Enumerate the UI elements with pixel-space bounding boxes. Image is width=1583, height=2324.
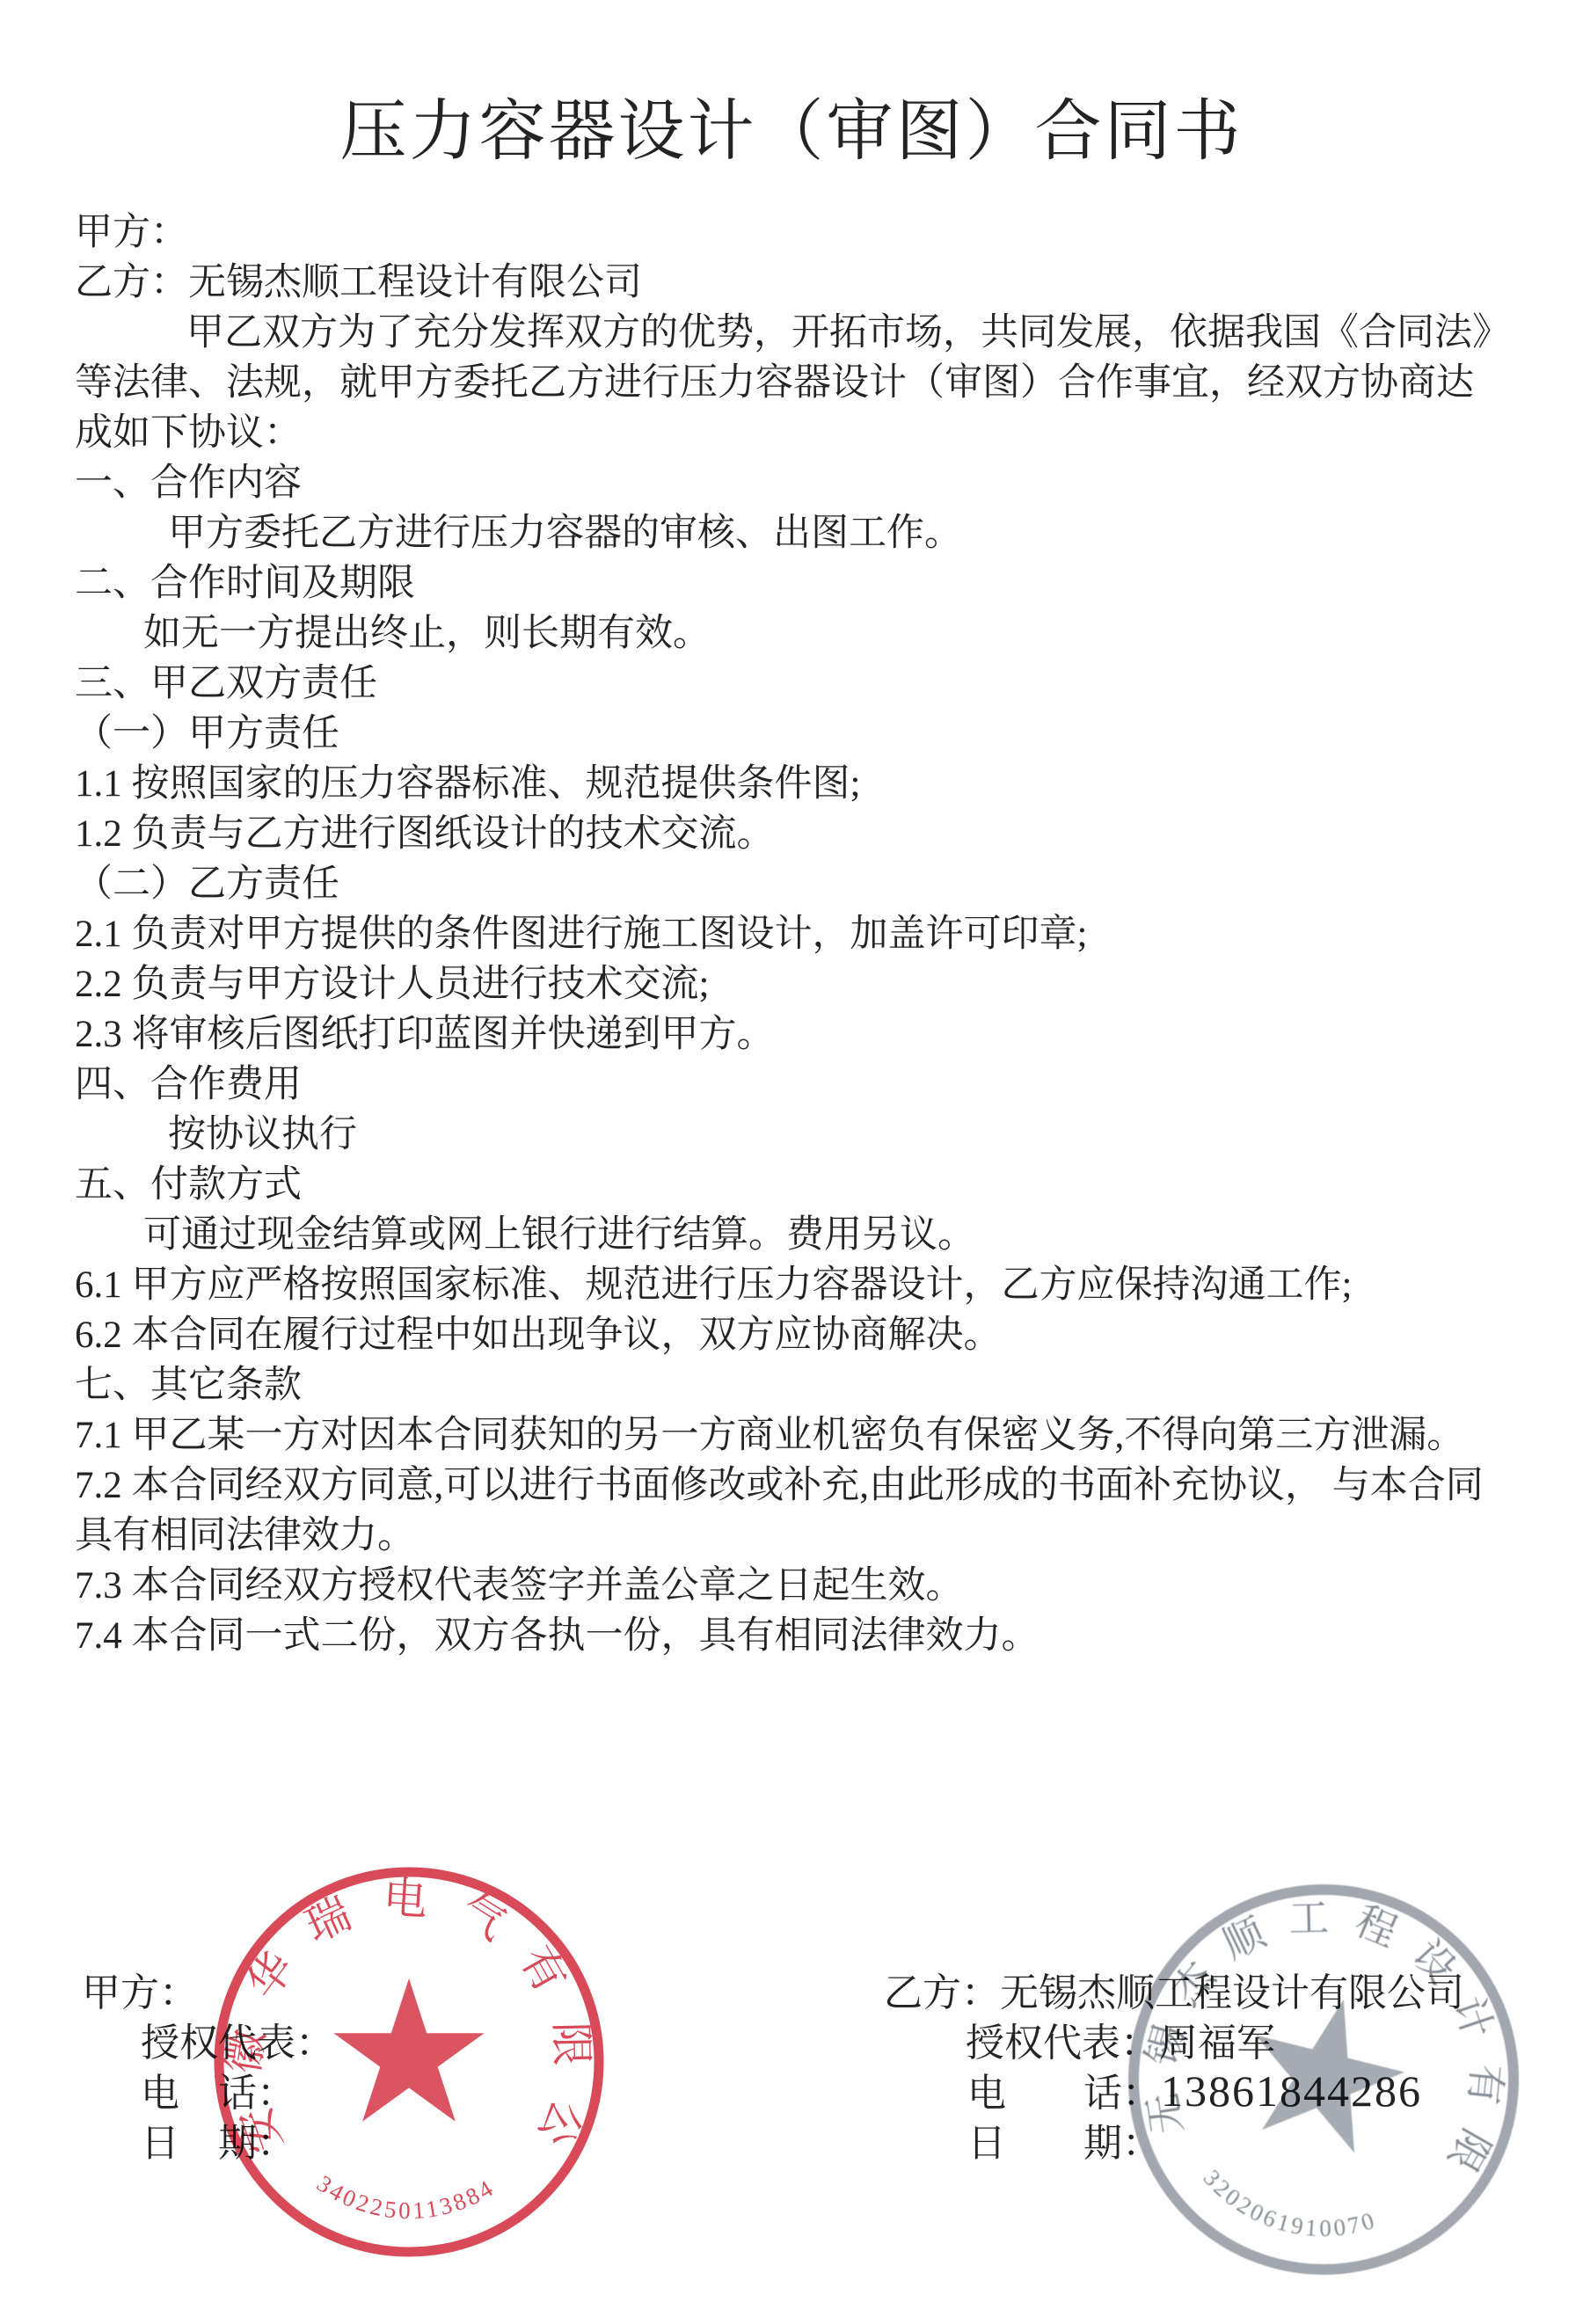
- contract-line: 三、甲乙双方责任: [75, 659, 1535, 709]
- contract-line: 按协议执行: [75, 1110, 1535, 1160]
- seal-code-text: 3402250113884: [312, 2170, 500, 2224]
- contract-line: 7.4 本合同一式二份，双方各执一份，具有相同法律效力。: [75, 1611, 1535, 1661]
- contract-line: 可通过现金结算或网上银行进行结算。费用另议。: [75, 1210, 1535, 1260]
- contract-line: （一）甲方责任: [75, 709, 1535, 759]
- contract-line: 1.2 负责与乙方进行图纸设计的技术交流。: [75, 809, 1535, 859]
- party-a-rep-label: 授权代表：: [141, 2022, 334, 2065]
- party-b-phone-number: 13861844286: [1161, 2066, 1422, 2116]
- contract-line: 甲方委托乙方进行压力容器的审核、出图工作。: [75, 508, 1535, 558]
- page-title: 压力容器设计（审图）合同书: [0, 77, 1583, 173]
- party-b-phone-label: 电 话：: [967, 2072, 1161, 2115]
- contract-line: 甲方：: [75, 208, 1535, 258]
- contract-line: 二、合作时间及期限: [75, 558, 1535, 608]
- party-b-company-name: 无锡杰顺工程设计有限公司: [1000, 1971, 1464, 2014]
- contract-line: 一、合作内容: [75, 458, 1535, 508]
- party-b-phone-line: 电 话：13861844286: [967, 2061, 1422, 2117]
- party-a-label-text: 甲方：: [82, 1971, 198, 2014]
- contract-line: 7.2 本合同经双方同意,可以进行书面修改或补充,由此形成的书面补充协议， 与本…: [75, 1461, 1535, 1511]
- party-b-date-line: 日 期：: [967, 2111, 1161, 2167]
- contract-line: 四、合作费用: [75, 1060, 1535, 1110]
- contract-line: 1.1 按照国家的压力容器标准、规范提供条件图;: [75, 759, 1535, 809]
- contract-line: 五、付款方式: [75, 1160, 1535, 1210]
- party-b-label-text: 乙方：: [884, 1971, 1000, 2014]
- contract-line: 甲乙双方为了充分发挥双方的优势，开拓市场，共同发展，依据我国《合同法》: [75, 308, 1535, 358]
- contract-line: 七、其它条款: [75, 1360, 1535, 1410]
- party-b-label: 乙方：无锡杰顺工程设计有限公司: [884, 1961, 1464, 2017]
- contract-line: 2.1 负责对甲方提供的条件图进行施工图设计，加盖许可印章;: [75, 909, 1535, 959]
- party-b-rep-line: 授权代表：周福军: [966, 2011, 1275, 2067]
- party-b-rep-label: 授权代表：: [966, 2022, 1159, 2065]
- contract-line: （二）乙方责任: [75, 859, 1535, 909]
- contract-line: 6.2 本合同在履行过程中如出现争议，双方应协商解决。: [75, 1310, 1535, 1360]
- party-a-label: 甲方：: [82, 1961, 198, 2017]
- contract-line: 如无一方提出终止，则长期有效。: [75, 608, 1535, 659]
- contract-body: 甲方：乙方：无锡杰顺工程设计有限公司甲乙双方为了充分发挥双方的优势，开拓市场，共…: [75, 208, 1535, 1661]
- party-a-rep-line: 授权代表：: [141, 2011, 334, 2067]
- contract-line: 等法律、法规，就甲方委托乙方进行压力容器设计（审图）合作事宜，经双方协商达: [75, 358, 1535, 408]
- contract-line: 乙方：无锡杰顺工程设计有限公司: [75, 258, 1535, 308]
- party-b-rep-name: 周福军: [1159, 2022, 1275, 2065]
- party-a-date-label: 日 期：: [141, 2122, 295, 2165]
- contract-line: 7.3 本合同经双方授权代表签字并盖公章之日起生效。: [75, 1561, 1535, 1611]
- contract-line: 2.2 负责与甲方设计人员进行技术交流;: [75, 959, 1535, 1009]
- seal-code-text: 3202061910070: [1191, 2161, 1387, 2259]
- party-a-phone-label: 电 话：: [141, 2072, 295, 2115]
- contract-page: 压力容器设计（审图）合同书 甲方：乙方：无锡杰顺工程设计有限公司甲乙双方为了充分…: [0, 0, 1583, 2324]
- contract-line: 6.1 甲方应严格按照国家标准、规范进行压力容器设计，乙方应保持沟通工作;: [75, 1260, 1535, 1310]
- contract-line: 具有相同法律效力。: [75, 1511, 1535, 1561]
- party-a-phone-line: 电 话：: [141, 2061, 295, 2117]
- party-b-date-label: 日 期：: [967, 2122, 1161, 2165]
- party-a-date-line: 日 期：: [141, 2111, 295, 2167]
- contract-line: 7.1 甲乙某一方对因本合同获知的另一方商业机密负有保密义务,不得向第三方泄漏。: [75, 1410, 1535, 1461]
- contract-line: 成如下协议：: [75, 408, 1535, 458]
- star-icon: [333, 1978, 484, 2122]
- contract-line: 2.3 将审核后图纸打印蓝图并快递到甲方。: [75, 1009, 1535, 1060]
